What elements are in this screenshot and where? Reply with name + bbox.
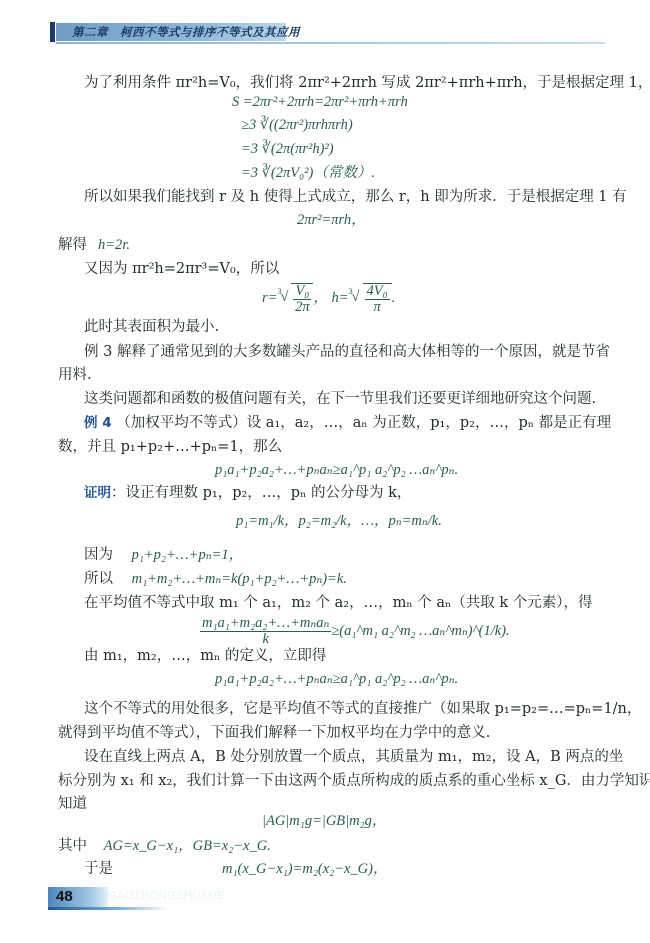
footer-rule [48,907,168,910]
solve-label: 解得 [58,236,87,254]
paragraph-8: 在平均值不等式中取 m₁ 个 a₁，m₂ 个 a₂，…，mₙ 个 aₙ（共取 k… [84,594,593,612]
equation-s-line-2: ≥3 ∛((2πr²)πrhπrh) [241,116,353,134]
paragraph-1: 为了利用条件 πr²h=V₀，我们将 2πr²+2πrh 写成 2πr²+πrh… [84,74,650,92]
page-content: 为了利用条件 πr²h=V₀，我们将 2πr²+2πrh 写成 2πr²+πrh… [0,0,650,943]
where-equation: AG=x_G−x₁，GB=x₂−x_G. [104,838,271,854]
cube-root-r: 3√V₀2π [277,280,313,316]
because-line: 因为 p₁+p₂+…+pₙ=1， [84,546,243,564]
paragraph-11-line-3: 知道 [58,795,87,813]
paragraph-9: 由 m₁，m₂，…，mₙ 的定义，立即得 [84,647,326,665]
paragraph-2: 所以如果我们能找到 r 及 h 使得上式成立，那么 r，h 即为所求．于是根据定… [84,188,627,206]
equation-s-line-4: =3 ∛(2πV₀²)（常数）. [241,164,375,182]
so-line: 所以 m₁+m₂+…+mₙ=k(p₁+p₂+…+pₙ)=k. [84,570,347,588]
proof-label: 证明 [84,485,111,501]
where-line: 其中 AG=x_G−x₁，GB=x₂−x_G. [58,837,271,855]
equation-moment: |AG|m₁g=|GB|m₂g， [262,812,386,830]
eq-r-lhs: r= [262,290,277,306]
equation-s-line-3: =3 ∛(2π(πr²h)²) [241,140,334,158]
so-equation: m₁+m₂+…+mₙ=k(p₁+p₂+…+pₙ)=k. [132,571,347,587]
equation-mean-inequality: m₁a₁+m₂a₂+…+mₙaₙk≥(a₁^m₁ a₂^m₂ …aₙ^mₙ)^(… [200,612,510,650]
example-4-label: 例 4 [84,415,112,431]
example-4-line-1: 例 4 （加权平均不等式）设 a₁，a₂，…，aₙ 为正数，p₁，p₂，…，pₙ… [84,414,611,432]
where-label: 其中 [58,838,87,854]
cube-root-h: 3√4V₀π [349,280,392,316]
equation-p-definitions: p₁=m₁/k，p₂=m₂/k，…，pₙ=mₙ/k. [236,512,442,530]
paragraph-6-line-1: 例 3 解释了通常见到的大多数罐头产品的直径和高大体相等的一个原因，就是节省 [84,343,610,361]
because-equation: p₁+p₂+…+pₙ=1， [132,547,244,563]
page-footer: 48 GAOZHONGSHUXUE [48,887,288,911]
paragraph-11-line-2: 标分别为 x₁ 和 x₂，我们计算一下由这两个质点所构成的质点系的重心坐标 x_… [58,772,650,790]
paragraph-6-line-2: 用料. [58,366,92,384]
proof-text: ：设正有理数 p₁，p₂，…，pₙ 的公分母为 k， [111,485,411,501]
example-4-line-2: 数，并且 p₁+p₂+…+pₙ=1，那么 [58,438,282,456]
paragraph-10-line-2: 就得到平均值不等式），下面我们解释一下加权平均在力学中的意义. [58,724,490,742]
equation-weighted-mean: p₁a₁+p₂a₂+…+pₙaₙ≥a₁^p₁ a₂^p₂ …aₙ^pₙ. [215,461,458,479]
equation-r-h: r=3√V₀2π， h=3√4V₀π. [262,280,395,316]
proof-line: 证明：设正有理数 p₁，p₂，…，pₙ 的公分母为 k， [84,484,411,502]
thus-line: 于是 [84,860,113,878]
thus-equation: m₁(x_G−x₁)=m₂(x₂−x_G)， [222,860,387,878]
paragraph-5: 此时其表面积为最小. [84,318,219,336]
equation-2pir2: 2πr²=πrh， [297,211,366,229]
because-label: 因为 [84,547,113,563]
page-number: 48 [56,888,73,905]
series-tag: GAOZHONGSHUXUE [108,890,225,902]
solve-equation: h=2r. [98,236,130,254]
so-label: 所以 [84,571,113,587]
equation-s-line-1: S =2πr²+2πrh=2πr²+πrh+πrh [232,93,408,111]
paragraph-4: 又因为 πr²h=2πr³=V₀，所以 [84,260,279,278]
thus-label: 于是 [84,861,113,877]
equation-weighted-mean-2: p₁a₁+p₂a₂+…+pₙaₙ≥a₁^p₁ a₂^p₂ …aₙ^pₙ. [215,670,458,688]
eq-h-lhs: h= [331,290,348,306]
paragraph-10-line-1: 这个不等式的用处很多，它是平均值不等式的直接推广（如果取 p₁=p₂=…=pₙ=… [84,700,641,718]
example-4-text: （加权平均不等式）设 a₁，a₂，…，aₙ 为正数，p₁，p₂，…，pₙ 都是正… [116,415,611,431]
paragraph-7: 这类问题都和函数的极值问题有关，在下一节里我们还要更详细地研究这个问题. [84,390,596,408]
paragraph-11-line-1: 设在直线上两点 A，B 处分别放置一个质点，其质量为 m₁，m₂，设 A，B 两… [84,748,623,766]
